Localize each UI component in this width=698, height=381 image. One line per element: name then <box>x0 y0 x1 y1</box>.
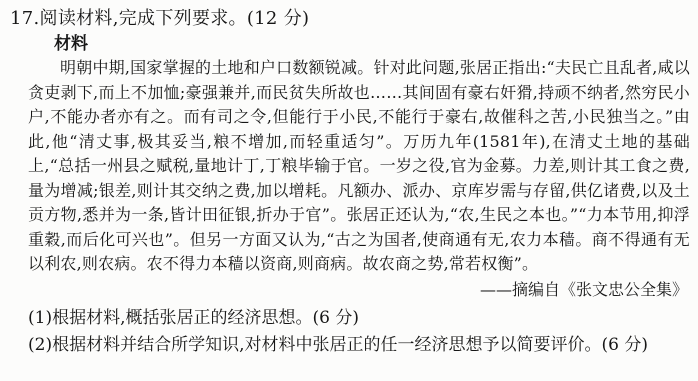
material-label: 材料 <box>54 33 692 55</box>
question-header: 17.阅读材料,完成下列要求。(12 分) <box>10 7 692 31</box>
exam-page: 17.阅读材料,完成下列要求。(12 分) 材料 明朝中期,国家掌握的土地和户口… <box>0 0 698 381</box>
material-paragraph: 明朝中期,国家掌握的土地和户口数额锐减。针对此问题,张居正指出:“夫民亡且乱者,… <box>28 56 690 277</box>
sub-question-2: (2)根据材料并结合所学知识,对材料中张居正的任一经济思想予以简要评价。(6 分… <box>28 332 692 359</box>
material-attribution: ——摘编自《张文忠公全集》 <box>10 278 688 302</box>
sub-question-list: (1)根据材料,概括张居正的经济思想。(6 分) (2)根据材料并结合所学知识,… <box>28 305 692 359</box>
sub-question-1: (1)根据材料,概括张居正的经济思想。(6 分) <box>28 305 692 332</box>
